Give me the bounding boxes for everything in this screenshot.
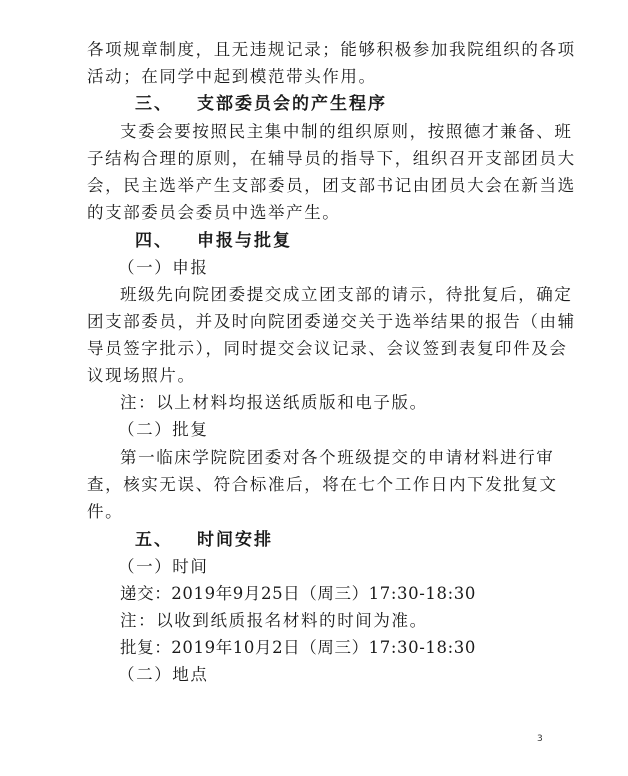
section-title: 时间安排 (197, 530, 273, 550)
body-text-line: 团支部委员，并及时向院团委递交关于选举结果的报告（由辅 (87, 312, 547, 332)
body-text-line: 导员签字批示），同时提交会议记录、会议签到表复印件及会 (87, 339, 547, 359)
submit-time: 递交：2019年9月25日（周三）17:30-18:30 (120, 584, 547, 604)
section-title: 申报与批复 (197, 231, 292, 251)
subsection-label: （一）申报 (118, 258, 578, 278)
section-number: 三、 (135, 94, 197, 114)
approve-time: 批复：2019年10月2日（周三）17:30-18:30 (120, 638, 547, 658)
document-page: 各项规章制度，且无违规记录；能够积极参加我院组织的各项 活动；在同学中起到模范带… (0, 0, 628, 776)
subsection-label: （二）批复 (118, 420, 578, 440)
body-text-line: 第一临床学院院团委对各个班级提交的申请材料进行审 (120, 448, 547, 468)
body-text-line: 件。 (87, 502, 547, 522)
subsection-label: （一）时间 (118, 557, 578, 577)
body-text-line: 班级先向院团委提交成立团支部的请示，待批复后，确定 (120, 285, 547, 305)
body-text-line: 支委会要按照民主集中制的组织原则，按照德才兼备、班 (120, 122, 547, 142)
body-text-line: 子结构合理的原则，在辅导员的指导下，组织召开支部团员大 (87, 149, 547, 169)
section-title: 支部委员会的产生程序 (197, 94, 387, 114)
body-text-line: 活动；在同学中起到模范带头作用。 (87, 67, 547, 87)
note-text: 注：以上材料均报送纸质版和电子版。 (120, 393, 547, 413)
page-number: 3 (537, 734, 543, 744)
section-heading-4: 四、申报与批复 (135, 231, 595, 251)
note-text: 注：以收到纸质报名材料的时间为准。 (120, 611, 547, 631)
body-text-line: 会，民主选举产生支部委员，团支部书记由团员大会在新当选 (87, 176, 547, 196)
section-number: 五、 (135, 530, 197, 550)
body-text-line: 的支部委员会委员中选举产生。 (87, 203, 547, 223)
section-heading-5: 五、时间安排 (135, 530, 595, 550)
body-text-line: 查，核实无误、符合标准后，将在七个工作日内下发批复文 (87, 475, 547, 495)
section-number: 四、 (135, 231, 197, 251)
section-heading-3: 三、支部委员会的产生程序 (135, 94, 595, 114)
body-text-line: 议现场照片。 (87, 366, 547, 386)
body-text-line: 各项规章制度，且无违规记录；能够积极参加我院组织的各项 (87, 40, 547, 60)
subsection-label: （二）地点 (118, 665, 578, 685)
